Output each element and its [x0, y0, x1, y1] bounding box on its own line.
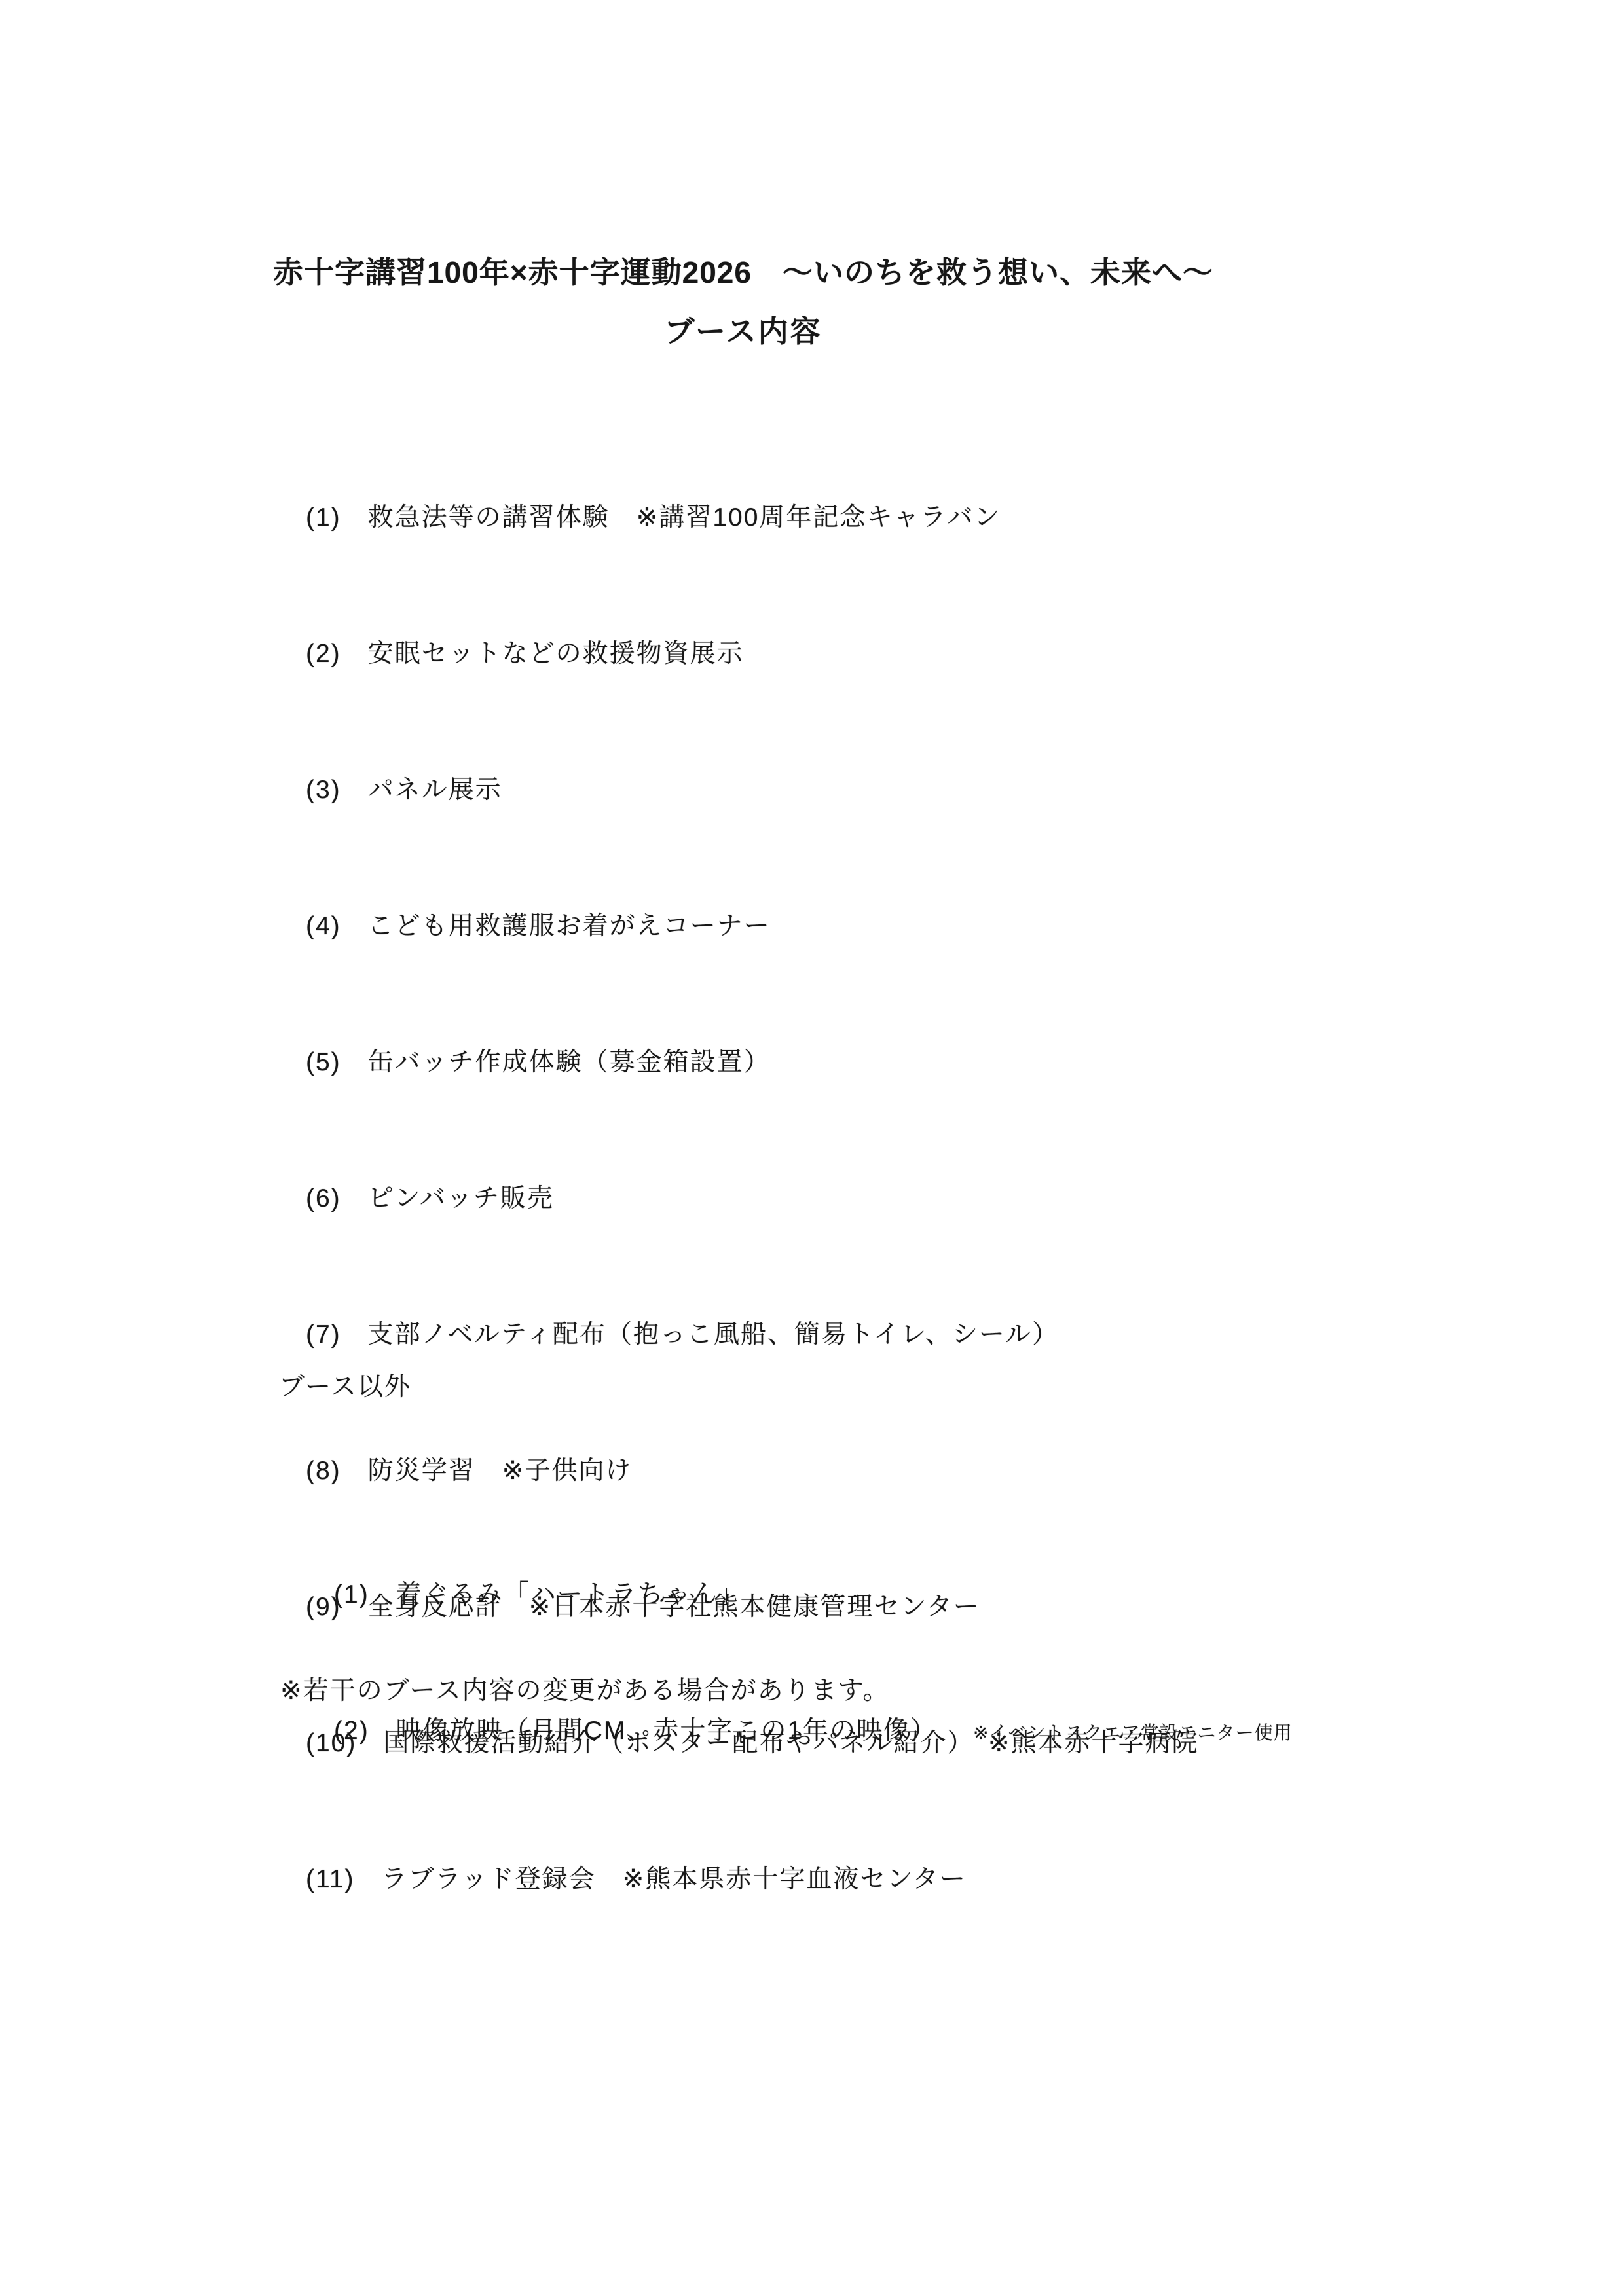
booth-list-item-7: (7) 支部ノベルティ配布（抱っこ風船、簡易トイレ、シール） — [306, 1296, 1199, 1374]
scanned-document-page: 赤十字講習100年×赤十字運動2026 ～いのちを救う想い、未来へ～ ブース内容… — [0, 0, 1624, 2296]
non-booth-item-2-note: ※イベントスクエア常設モニター使用 — [973, 1722, 1293, 1743]
booth-list-item-3: (3) パネル展示 — [306, 751, 1199, 829]
non-booth-section-heading: ブース以外 — [279, 1373, 411, 1402]
document-subtitle: ブース内容 — [0, 315, 1486, 348]
booth-list-item-5: (5) 缶バッチ作成体験（募金箱設置） — [306, 1023, 1199, 1102]
title-block: 赤十字講習100年×赤十字運動2026 ～いのちを救う想い、未来へ～ ブース内容 — [0, 256, 1486, 348]
non-booth-item-2-text: (2) 映像放映（月間CM、赤十字この1年の映像） — [334, 1717, 937, 1745]
non-booth-item-1: (1) 着ぐるみ「ハートラちゃん」 — [284, 1477, 1293, 1556]
footer-note: ※若干のブース内容の変更がある場合があります。 — [280, 1676, 889, 1706]
booth-list-item-11: (11) ラブラッド登録会 ※熊本県赤十字血液センター — [306, 1840, 1199, 1919]
booth-list-item-2: (2) 安眠セットなどの救援物資展示 — [306, 615, 1199, 693]
document-title: 赤十字講習100年×赤十字運動2026 ～いのちを救う想い、未来へ～ — [0, 256, 1486, 289]
non-booth-item-1-text: (1) 着ぐるみ「ハートラちゃん」 — [334, 1580, 745, 1609]
booth-list-item-1: (1) 救急法等の講習体験 ※講習100周年記念キャラバン — [306, 479, 1199, 557]
booth-list-item-6: (6) ピンバッチ販売 — [306, 1159, 1199, 1238]
booth-list-item-4: (4) こども用救護服お着がえコーナー — [306, 887, 1199, 966]
